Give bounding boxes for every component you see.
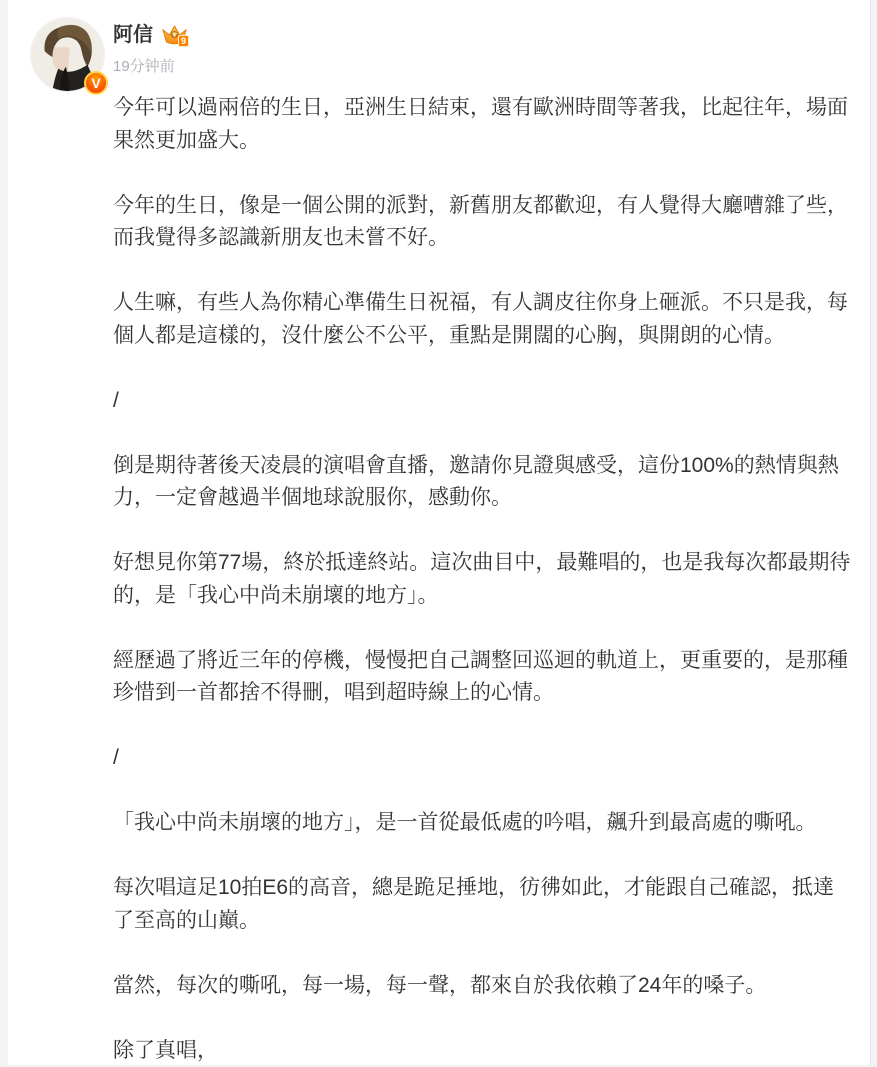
- avatar[interactable]: V: [30, 17, 105, 92]
- post-paragraph: 今年的生日，像是一個公開的派對，新舊朋友都歡迎，有人覺得大廳嘈雜了些，而我覺得多…: [113, 190, 853, 255]
- post-paragraph: 每次唱這足10拍E6的高音，總是跪足捶地，彷彿如此，才能跟自己確認，抵達了至高的…: [113, 872, 853, 937]
- post-paragraph: 人生嘛，有些人為你精心準備生日祝福，有人調皮往你身上砸派。不只是我，每個人都是這…: [113, 287, 853, 352]
- post-paragraph: 「我心中尚未崩壞的地方」，是一首從最低處的吟唱，飆升到最高處的嘶吼。: [113, 807, 853, 840]
- username[interactable]: 阿信: [113, 22, 153, 48]
- post-paragraph: /: [113, 742, 853, 775]
- post-paragraph: 好想見你第77場，終於抵達終站。這次曲目中，最難唱的，也是我每次都最期待的，是「…: [113, 547, 853, 612]
- vip-crown-icon: 9: [161, 23, 188, 47]
- user-header: 阿信 9: [113, 22, 188, 48]
- post-paragraph: 倒是期待著後天凌晨的演唱會直播，邀請你見證與感受，這份100%的熱情與熱力，一定…: [113, 450, 853, 515]
- post-content: 今年可以過兩倍的生日，亞洲生日結束，還有歐洲時間等著我，比起往年，場面果然更加盛…: [113, 92, 853, 1065]
- post-card: V 阿信 9 19分钟前 今年可以過兩倍的生日，亞洲生日結束，還有歐洲時間等著我…: [8, 0, 871, 1065]
- post-paragraph: 經歷過了將近三年的停機，慢慢把自己調整回巡迴的軌道上，更重要的，是那種珍惜到一首…: [113, 645, 853, 710]
- verified-v-icon: V: [84, 71, 108, 95]
- post-paragraph: 當然，每次的嘶吼，每一場，每一聲，都來自於我依賴了24年的嗓子。: [113, 970, 853, 1003]
- post-paragraph: /: [113, 385, 853, 418]
- vip-level-label: 9: [178, 35, 189, 47]
- post-paragraph: 除了真唱，: [113, 1035, 853, 1066]
- post-timestamp[interactable]: 19分钟前: [113, 57, 175, 77]
- post-paragraph: 今年可以過兩倍的生日，亞洲生日結束，還有歐洲時間等著我，比起往年，場面果然更加盛…: [113, 92, 853, 157]
